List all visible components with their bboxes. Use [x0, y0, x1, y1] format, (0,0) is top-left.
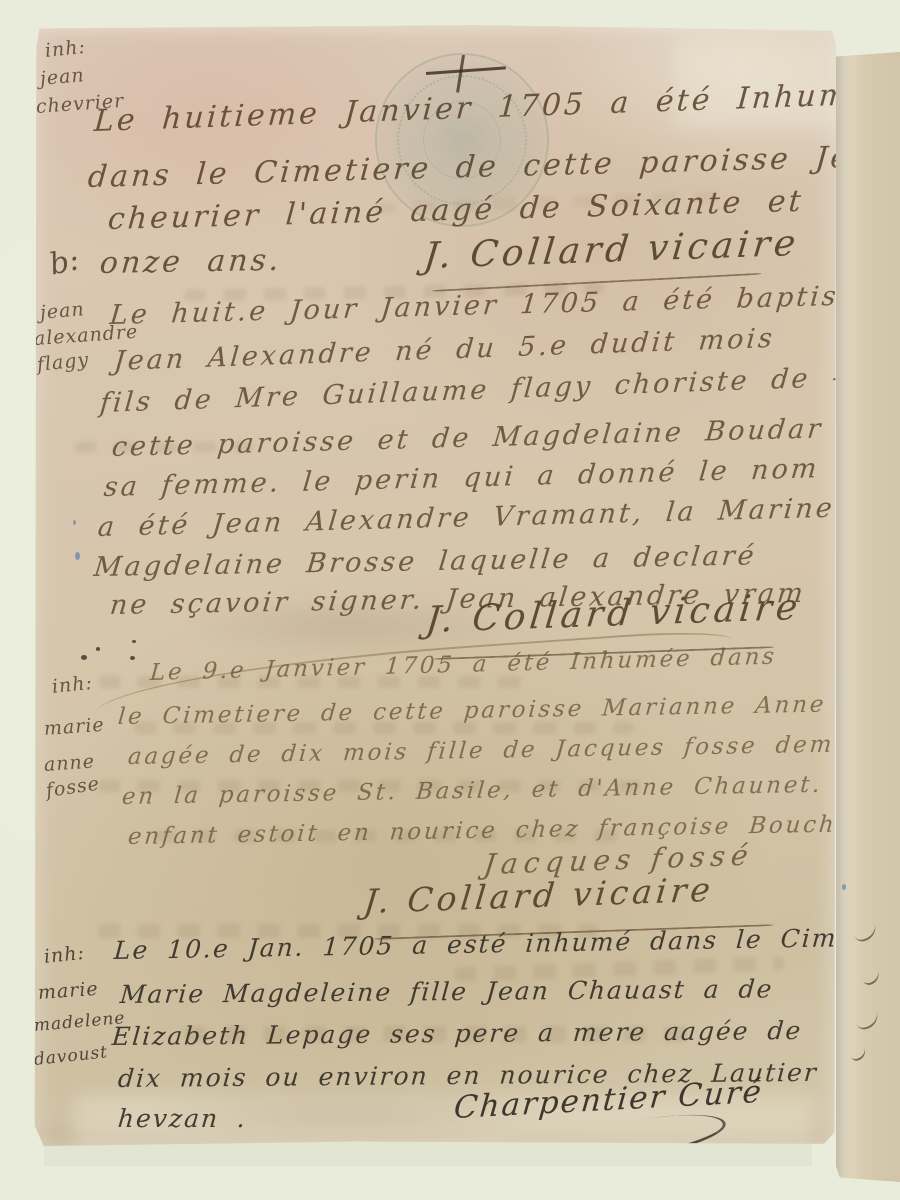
margin-note: marie	[37, 978, 99, 1004]
margin-note: jean	[39, 64, 85, 90]
ink-speck	[130, 656, 135, 660]
adjacent-page-ink-mark	[854, 1010, 882, 1033]
ink-speck	[81, 655, 87, 660]
record-line: Marie Magdeleine fille Jean Chauast a de	[119, 974, 775, 1009]
blue-ink-dot	[73, 520, 76, 525]
margin-note: anne	[43, 750, 95, 776]
adjacent-page-ink-mark	[852, 922, 880, 945]
record-line: enfant estoit en nourice chez françoise …	[127, 810, 900, 850]
margin-note: marie	[43, 714, 105, 740]
margin-note: inh:	[44, 36, 87, 62]
margin-note: inh:	[43, 942, 86, 968]
record-line: hevzan .	[117, 1104, 249, 1133]
margin-note: davoust	[33, 1042, 109, 1070]
record-line: en la paroisse St. Basile, et d'Anne Cha…	[121, 769, 900, 810]
record-line: Magdelaine Brosse laquelle a declaré	[92, 540, 758, 583]
adjacent-page-ink-mark	[848, 1043, 868, 1062]
record-line: Elizabeth Lepage ses pere a mere aagée d…	[111, 1016, 804, 1051]
ink-speck	[96, 647, 100, 651]
margin-note: b:	[46, 242, 82, 282]
vicar-signature: J. Collard vicaire	[422, 223, 802, 277]
scanned-register-page: { "document": { "kind_label": "Parish re…	[0, 0, 900, 1200]
margin-note: inh:	[51, 672, 94, 698]
vicar-signature: J. Collard vicaire	[362, 870, 716, 921]
record-line: aagée de dix mois fille de Jacques fosse…	[127, 731, 900, 770]
blue-ink-speck	[842, 884, 846, 890]
blue-ink-dot	[75, 552, 80, 560]
adjacent-page-ink-mark	[860, 967, 882, 987]
record-line: onze ans.	[98, 243, 283, 281]
margin-note: jean	[39, 298, 85, 324]
ink-speck	[132, 640, 136, 643]
adjacent-page-edge	[836, 52, 900, 1182]
margin-note: flagy	[36, 349, 90, 376]
margin-note: fosse	[44, 773, 101, 802]
manuscript-page: inh: jean chevrier Le huitieme Janvier 1…	[34, 24, 836, 1146]
